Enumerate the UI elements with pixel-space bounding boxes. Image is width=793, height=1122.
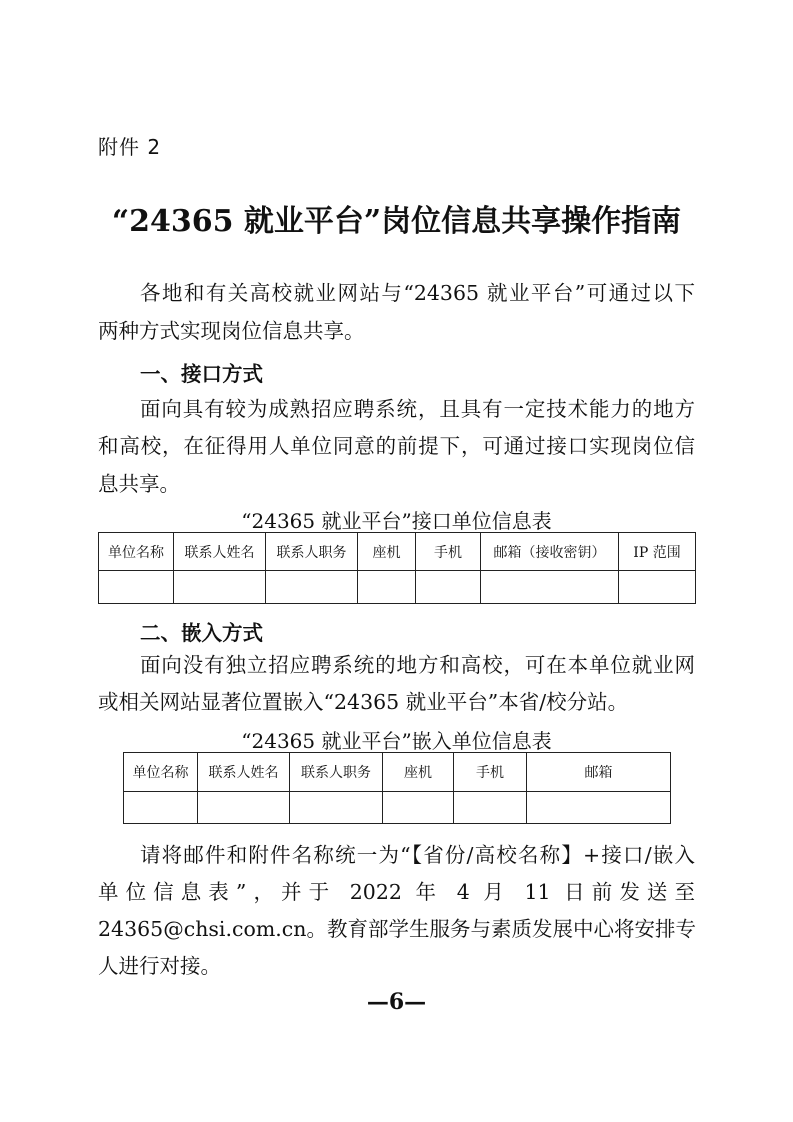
header-cell: 手机 xyxy=(454,753,527,792)
table-caption-embed: “24365 就业平台”嵌入单位信息表 xyxy=(0,725,793,754)
section2-line-1: 面向没有独立招应聘系统的地方和高校，可在本单位就业网 xyxy=(140,647,695,685)
header-cell: 邮箱（接收密钥） xyxy=(481,533,619,571)
table-cell xyxy=(198,792,290,824)
header-cell: 座机 xyxy=(358,533,416,571)
table-cell xyxy=(416,571,481,604)
table-cell xyxy=(527,792,671,824)
table-cell xyxy=(124,792,198,824)
header-cell: IP 范围 xyxy=(619,533,696,571)
page-title: “24365 就业平台”岗位信息共享操作指南 xyxy=(0,196,793,240)
table-caption-interface: “24365 就业平台”接口单位信息表 xyxy=(0,505,793,534)
section1-line-2: 和高校，在征得用人单位同意的前提下，可通过接口实现岗位信 xyxy=(98,428,695,466)
closing-line-4: 人进行对接。 xyxy=(98,948,695,986)
attachment-label: 附件 2 xyxy=(98,131,161,160)
table-row xyxy=(99,571,696,604)
table-cell xyxy=(174,571,266,604)
table-cell xyxy=(454,792,527,824)
table-header-row: 单位名称 联系人姓名 联系人职务 座机 手机 邮箱 xyxy=(124,753,671,792)
section1-line-1: 面向具有较为成熟招应聘系统，且具有一定技术能力的地方 xyxy=(140,391,695,429)
table-cell xyxy=(266,571,358,604)
intro-line-2: 两种方式实现岗位信息共享。 xyxy=(98,313,695,351)
section-heading-embed: 二、嵌入方式 xyxy=(140,616,263,646)
header-cell: 单位名称 xyxy=(124,753,198,792)
intro-line-1: 各地和有关高校就业网站与“24365 就业平台”可通过以下 xyxy=(140,275,695,313)
header-cell: 座机 xyxy=(383,753,454,792)
header-cell: 联系人职务 xyxy=(290,753,383,792)
section2-line-2: 或相关网站显著位置嵌入“24365 就业平台”本省/校分站。 xyxy=(98,684,695,722)
header-cell: 单位名称 xyxy=(99,533,174,571)
header-cell: 联系人姓名 xyxy=(174,533,266,571)
header-cell: 邮箱 xyxy=(527,753,671,792)
page-number: —6— xyxy=(0,989,793,1015)
table-cell xyxy=(619,571,696,604)
table-row xyxy=(124,792,671,824)
embed-unit-table: 单位名称 联系人姓名 联系人职务 座机 手机 邮箱 xyxy=(123,752,671,824)
section1-line-3: 息共享。 xyxy=(98,466,695,504)
table-cell xyxy=(358,571,416,604)
section-heading-interface: 一、接口方式 xyxy=(140,357,263,387)
header-cell: 联系人姓名 xyxy=(198,753,290,792)
closing-line-2: 单位信息表”，并于 2022 年 4 月 11 日前发送至 xyxy=(98,874,695,912)
table-cell xyxy=(99,571,174,604)
closing-line-3: 24365@chsi.com.cn。教育部学生服务与素质发展中心将安排专 xyxy=(98,911,695,949)
table-cell xyxy=(290,792,383,824)
table-cell xyxy=(481,571,619,604)
header-cell: 联系人职务 xyxy=(266,533,358,571)
table-cell xyxy=(383,792,454,824)
closing-line-1: 请将邮件和附件名称统一为“【省份/高校名称】+接口/嵌入 xyxy=(140,837,695,875)
table-header-row: 单位名称 联系人姓名 联系人职务 座机 手机 邮箱（接收密钥） IP 范围 xyxy=(99,533,696,571)
header-cell: 手机 xyxy=(416,533,481,571)
interface-unit-table: 单位名称 联系人姓名 联系人职务 座机 手机 邮箱（接收密钥） IP 范围 xyxy=(98,532,696,604)
